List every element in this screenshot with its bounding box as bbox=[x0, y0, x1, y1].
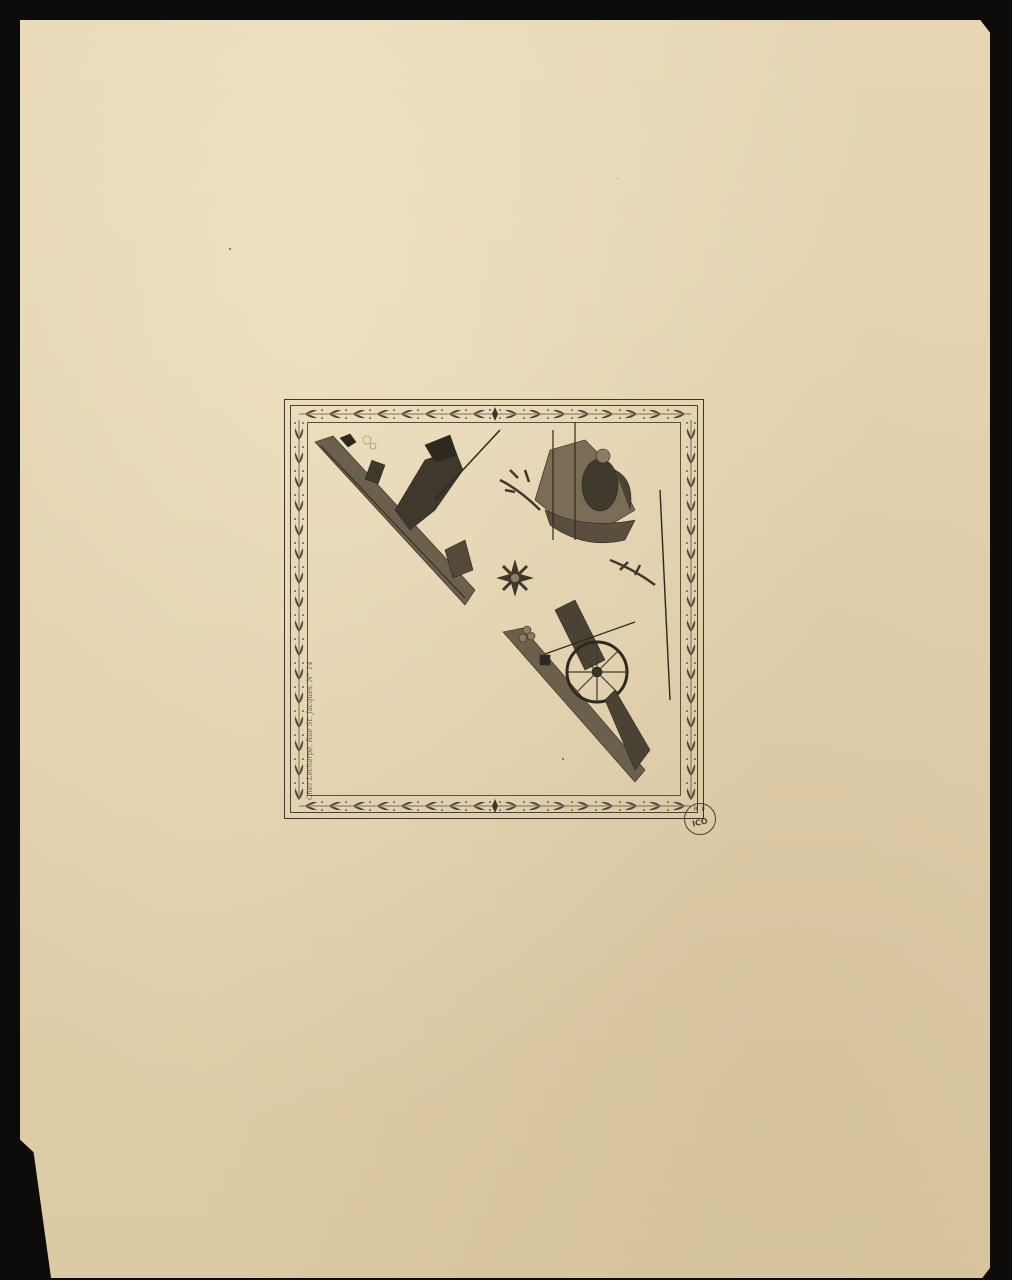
stamp-top-text: R F bbox=[685, 806, 715, 813]
engraver-caption: Chez Lecharpe, Rue St. Jacques, N° 14 bbox=[306, 650, 320, 800]
paper-speck bbox=[229, 248, 231, 250]
stamp-bottom-text: ICO bbox=[684, 815, 715, 830]
legion-cross-icon bbox=[497, 560, 533, 596]
cannon-vignette bbox=[503, 600, 650, 782]
paper-speck bbox=[617, 178, 618, 179]
soldier-vignette bbox=[315, 430, 500, 605]
library-stamp: R F ICO bbox=[684, 803, 716, 835]
engraved-vignettes bbox=[285, 400, 705, 820]
engraving-plate bbox=[284, 399, 704, 819]
